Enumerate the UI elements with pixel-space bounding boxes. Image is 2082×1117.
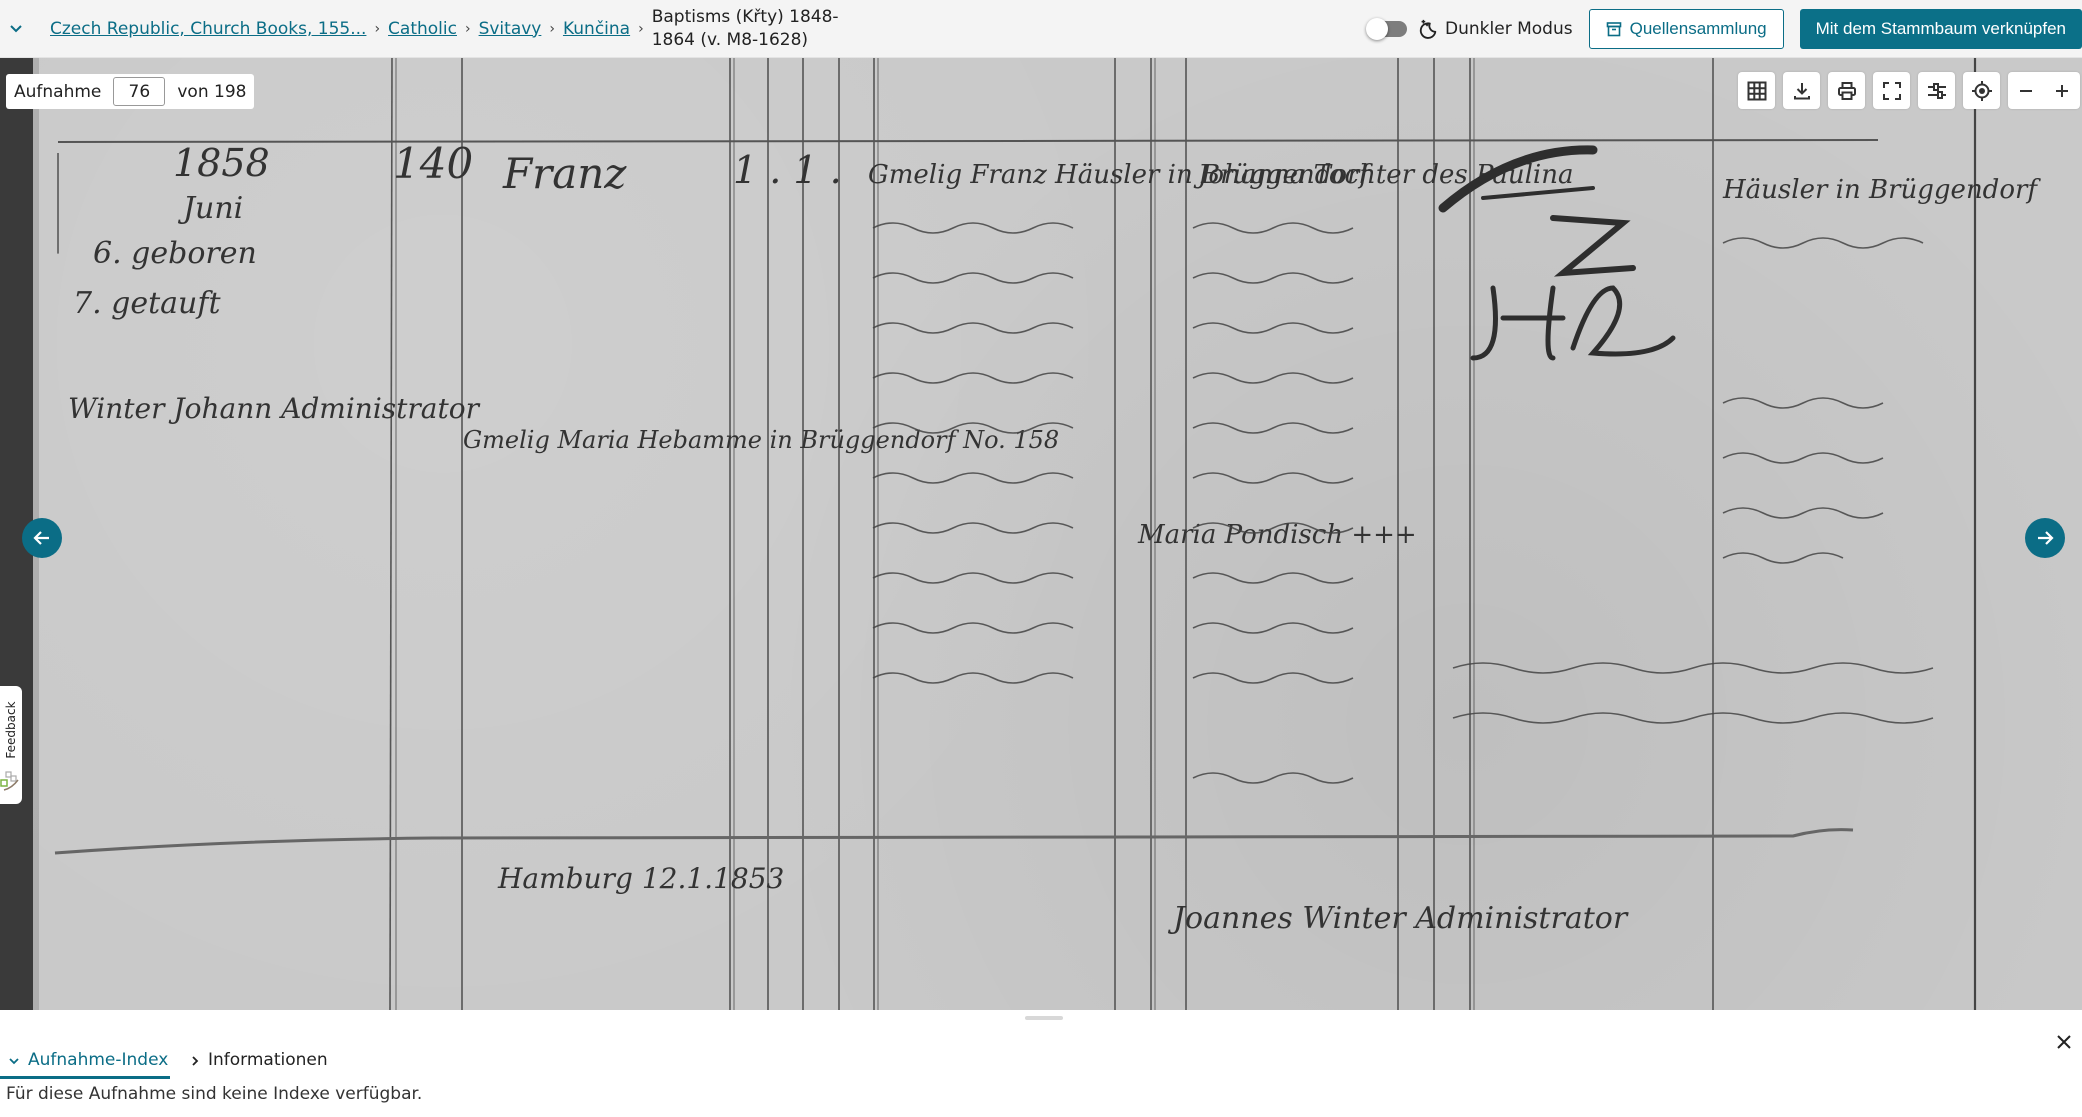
- panel-resize-handle[interactable]: [1025, 1016, 1063, 1020]
- svg-text:1858: 1858: [173, 141, 270, 185]
- handwritten-register-page: 1858 Juni 6. geboren 7. getauft Winter J…: [33, 58, 2082, 1010]
- breadcrumb-collection[interactable]: Czech Republic, Church Books, 155...: [50, 19, 366, 39]
- zoom-in-button[interactable]: [2044, 72, 2080, 109]
- breadcrumb-separator: ›: [374, 21, 380, 37]
- print-icon: [1837, 81, 1857, 101]
- link-to-tree-label: Mit dem Stammbaum verknüpfen: [1816, 19, 2066, 39]
- collapse-header-button[interactable]: [2, 15, 30, 43]
- image-label: Aufnahme: [14, 82, 101, 102]
- source-collection-button[interactable]: Quellensammlung: [1589, 9, 1784, 49]
- viewer-toolbar: [1738, 72, 2080, 109]
- chevron-right-icon: [190, 1055, 200, 1067]
- svg-text:Gmelig Maria Hebamme in Brügge: Gmelig Maria Hebamme in Brüggendorf No. …: [463, 426, 1059, 454]
- sliders-icon: [1927, 81, 1947, 101]
- svg-text:140: 140: [393, 139, 473, 188]
- dark-mode-toggle[interactable]: Dunkler Modus: [1369, 18, 1573, 40]
- bottom-panel: Aufnahme-Index Informationen Für diese A…: [0, 1010, 2082, 1117]
- switch-knob: [1366, 18, 1388, 40]
- top-header: Czech Republic, Church Books, 155... › C…: [0, 0, 2082, 58]
- archive-box-icon: [1606, 21, 1622, 37]
- download-button[interactable]: [1783, 72, 1820, 109]
- breadcrumb-town[interactable]: Kunčina: [563, 19, 630, 39]
- image-adjust-button[interactable]: [1918, 72, 1955, 109]
- arrow-left-icon: [32, 528, 52, 548]
- close-panel-button[interactable]: [2052, 1030, 2076, 1054]
- svg-text:Winter Johann Administrator: Winter Johann Administrator: [68, 392, 481, 425]
- svg-text:Hamburg 12.1.1853: Hamburg 12.1.1853: [497, 862, 784, 895]
- breadcrumb-religion[interactable]: Catholic: [388, 19, 457, 39]
- panel-tabs: Aufnahme-Index Informationen: [0, 1041, 328, 1079]
- svg-text:Joannes Winter Administrator: Joannes Winter Administrator: [1167, 901, 1629, 936]
- link-to-tree-button[interactable]: Mit dem Stammbaum verknüpfen: [1800, 9, 2082, 49]
- breadcrumb-separator: ›: [638, 21, 644, 37]
- zoom-controls: [2008, 72, 2080, 109]
- svg-text:6. geboren: 6. geboren: [93, 236, 257, 271]
- chevron-down-icon: [8, 1056, 20, 1066]
- svg-text:1 . 1 .: 1 . 1 .: [733, 148, 842, 192]
- next-image-button[interactable]: [2025, 518, 2065, 558]
- record-image[interactable]: 1858 Juni 6. geboren 7. getauft Winter J…: [33, 58, 2082, 1010]
- print-button[interactable]: [1828, 72, 1865, 109]
- feedback-label: Feedback: [4, 701, 18, 758]
- minus-icon: [2019, 84, 2033, 98]
- svg-text:Franz Hückl: Franz Hückl: [1552, 267, 1560, 269]
- source-collection-label: Quellensammlung: [1630, 19, 1767, 39]
- grid-view-button[interactable]: [1738, 72, 1775, 109]
- dark-mode-label: Dunkler Modus: [1445, 19, 1573, 39]
- close-icon: [2056, 1034, 2072, 1050]
- recenter-button[interactable]: [1963, 72, 2000, 109]
- previous-image-button[interactable]: [22, 518, 62, 558]
- breadcrumb-separator: ›: [549, 21, 555, 37]
- tab-image-index-label: Aufnahme-Index: [28, 1050, 168, 1070]
- image-number-input[interactable]: [113, 77, 165, 106]
- family-tree-logo-icon: [0, 766, 20, 796]
- chevron-down-icon: [9, 24, 23, 34]
- breadcrumb: Czech Republic, Church Books, 155... › C…: [50, 6, 882, 52]
- download-icon: [1792, 81, 1812, 101]
- tab-image-index[interactable]: Aufnahme-Index: [0, 1041, 170, 1079]
- plus-icon: [2055, 84, 2069, 98]
- breadcrumb-separator: ›: [465, 21, 471, 37]
- locate-target-icon: [1971, 80, 1993, 102]
- moon-stars-icon: [1417, 18, 1439, 40]
- breadcrumb-current-record: Baptisms (Křty) 1848-1864 (v. M8-1628): [652, 6, 882, 52]
- svg-text:Juni: Juni: [177, 191, 243, 226]
- arrow-right-icon: [2035, 528, 2055, 548]
- dark-mode-switch[interactable]: [1369, 21, 1407, 37]
- image-total: von 198: [177, 82, 246, 102]
- tab-information[interactable]: Informationen: [170, 1041, 328, 1079]
- svg-text:7. getauft: 7. getauft: [73, 286, 221, 321]
- svg-text:Maria Pondisch +++: Maria Pondisch +++: [1137, 520, 1417, 550]
- tab-information-label: Informationen: [208, 1050, 328, 1070]
- grid-icon: [1747, 81, 1767, 101]
- image-counter: Aufnahme von 198: [6, 74, 254, 109]
- image-viewer[interactable]: 1858 Juni 6. geboren 7. getauft Winter J…: [0, 58, 2082, 1010]
- fullscreen-icon: [1882, 81, 1902, 101]
- header-actions: Dunkler Modus Quellensammlung Mit dem St…: [1369, 0, 2082, 57]
- svg-text:Häusler in Brüggendorf: Häusler in Brüggendorf: [1722, 175, 2041, 205]
- svg-text:Franz: Franz: [502, 149, 627, 198]
- breadcrumb-district[interactable]: Svitavy: [479, 19, 542, 39]
- zoom-out-button[interactable]: [2008, 72, 2044, 109]
- no-index-message: Für diese Aufnahme sind keine Indexe ver…: [6, 1084, 422, 1104]
- fullscreen-button[interactable]: [1873, 72, 1910, 109]
- feedback-tab[interactable]: Feedback: [0, 686, 22, 804]
